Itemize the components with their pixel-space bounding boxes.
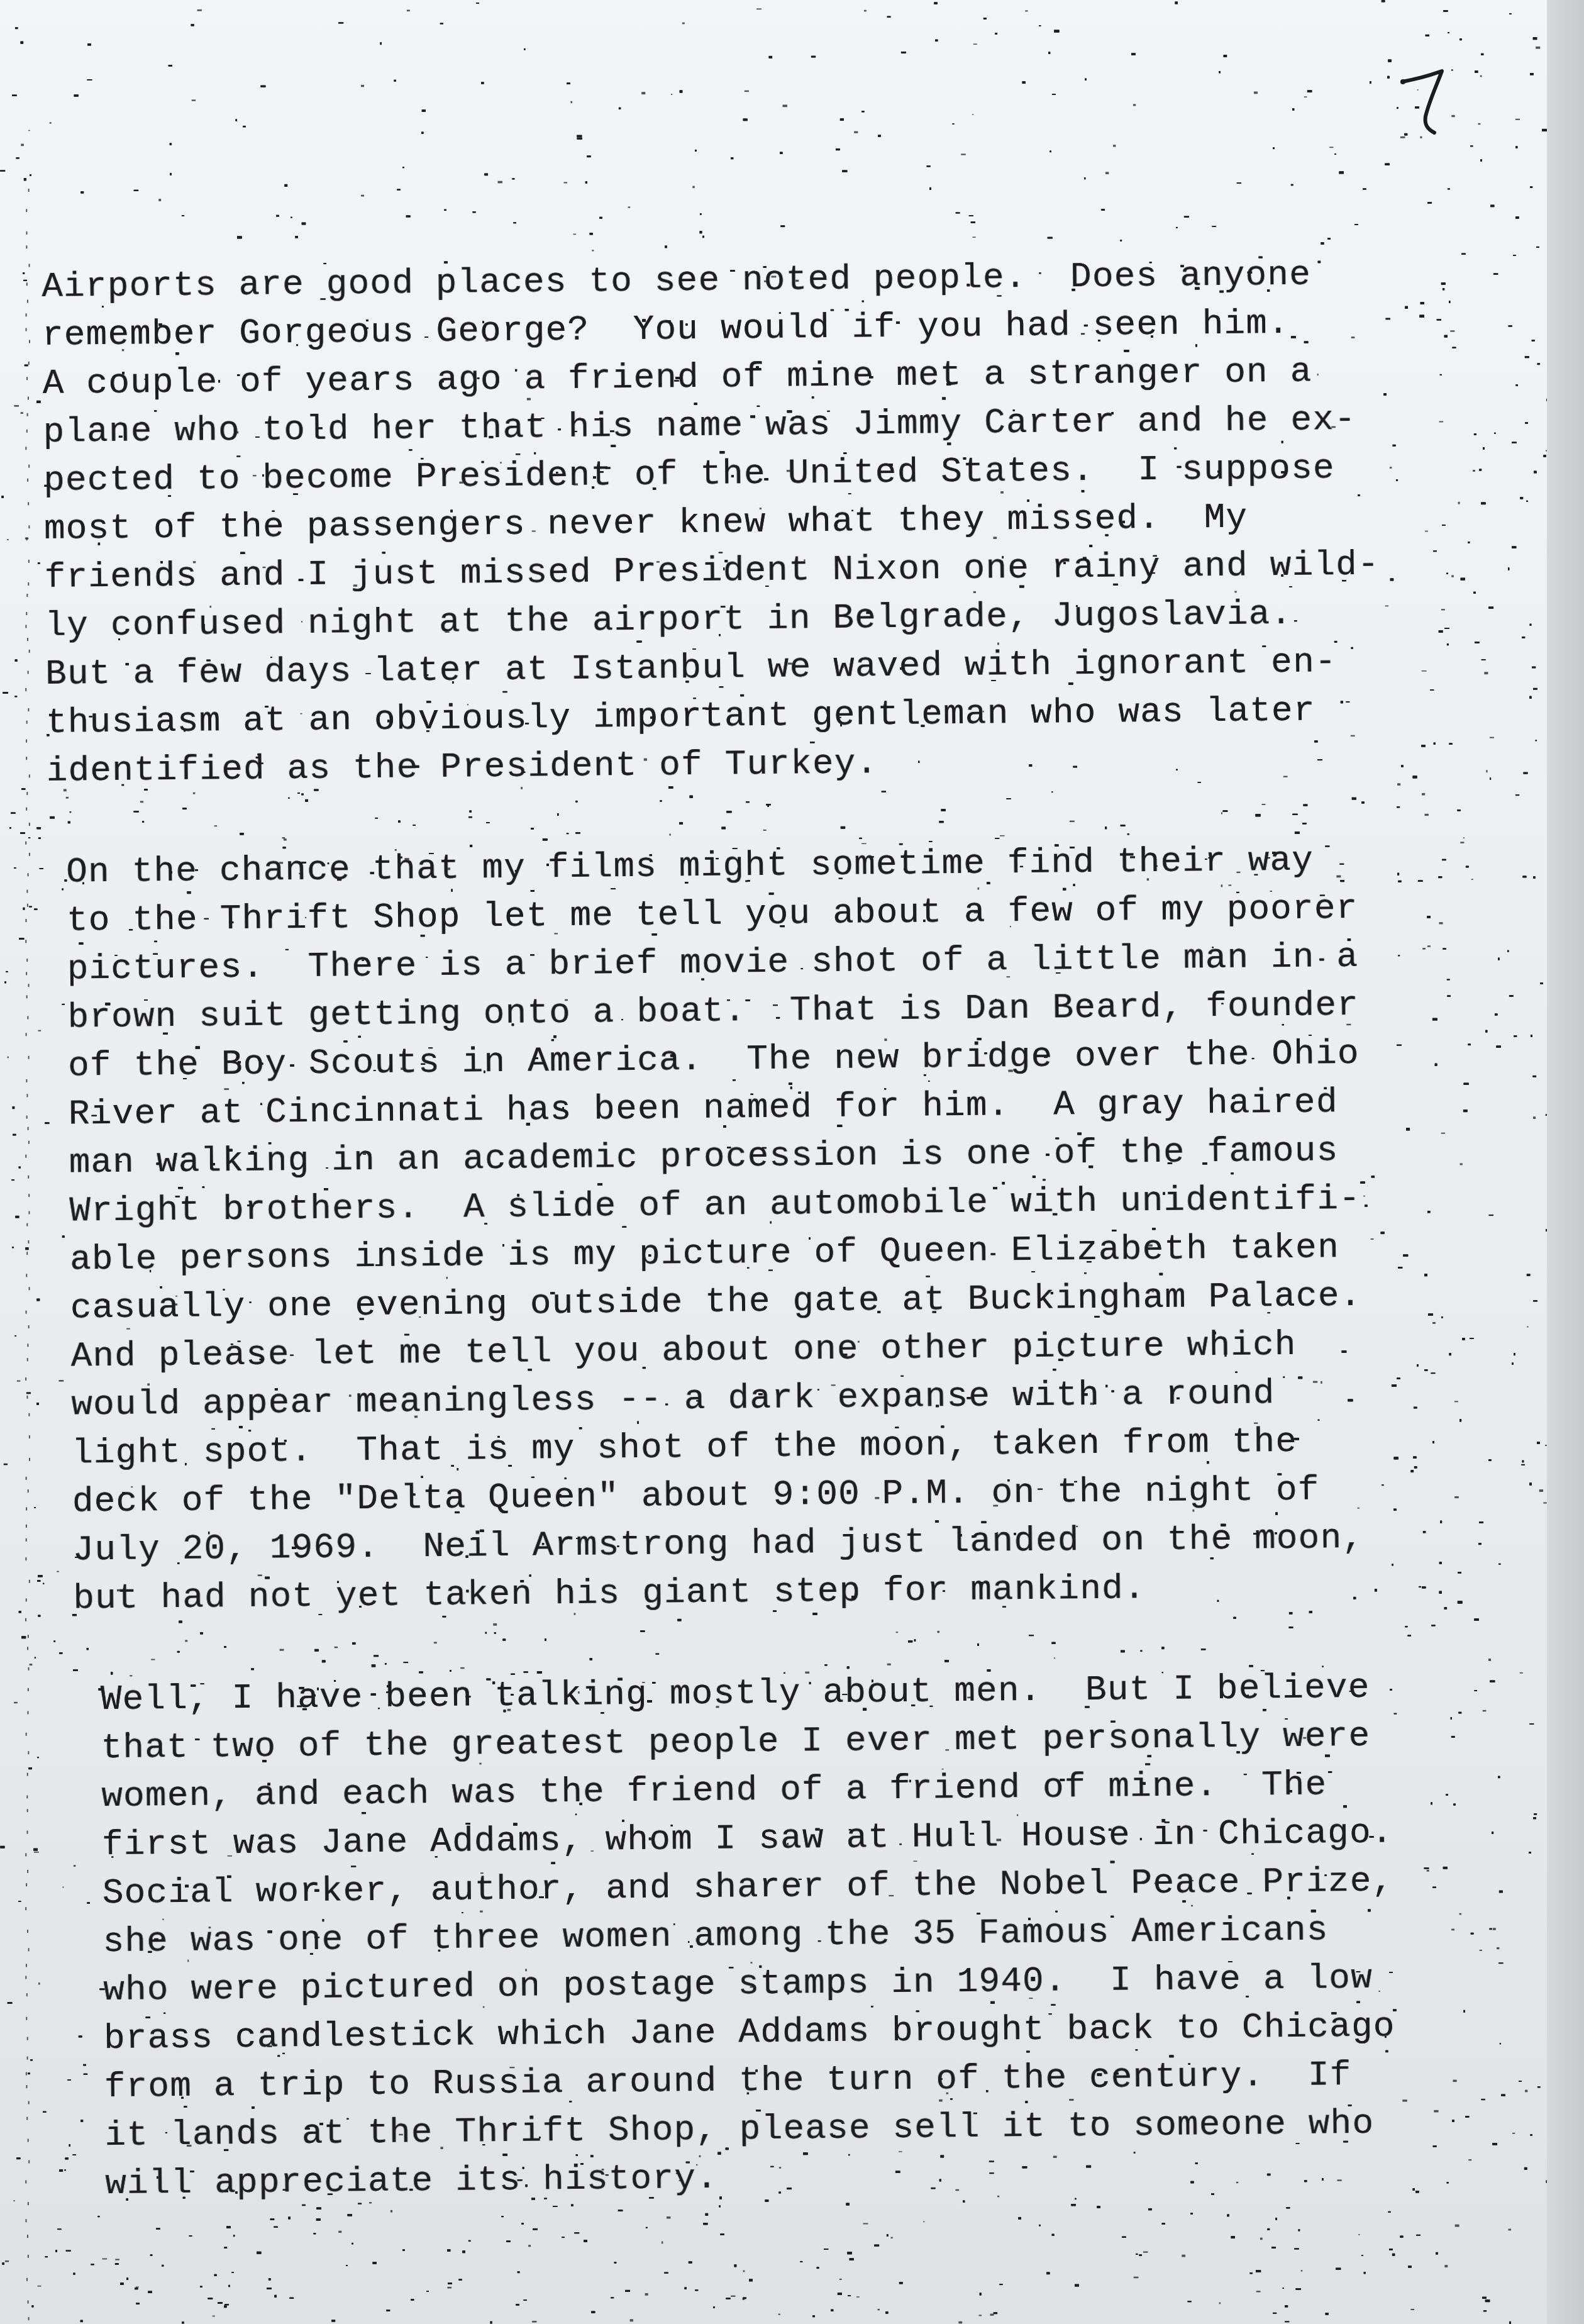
handwritten-page-number: 7: [1399, 66, 1468, 142]
typed-body: Airports are good places to see noted pe…: [42, 248, 1547, 2262]
document-page: 7 Airports are good places to see noted …: [0, 0, 1547, 2324]
paragraph-films: On the chance that my films might someti…: [66, 834, 1547, 1623]
handwritten-seven-glyph: [1399, 66, 1468, 142]
paragraph-women: Well, I have been talking mostly about m…: [101, 1662, 1547, 2208]
scan-edge-strip: [1547, 0, 1584, 2324]
paragraph-airports: Airports are good places to see noted pe…: [42, 248, 1543, 796]
